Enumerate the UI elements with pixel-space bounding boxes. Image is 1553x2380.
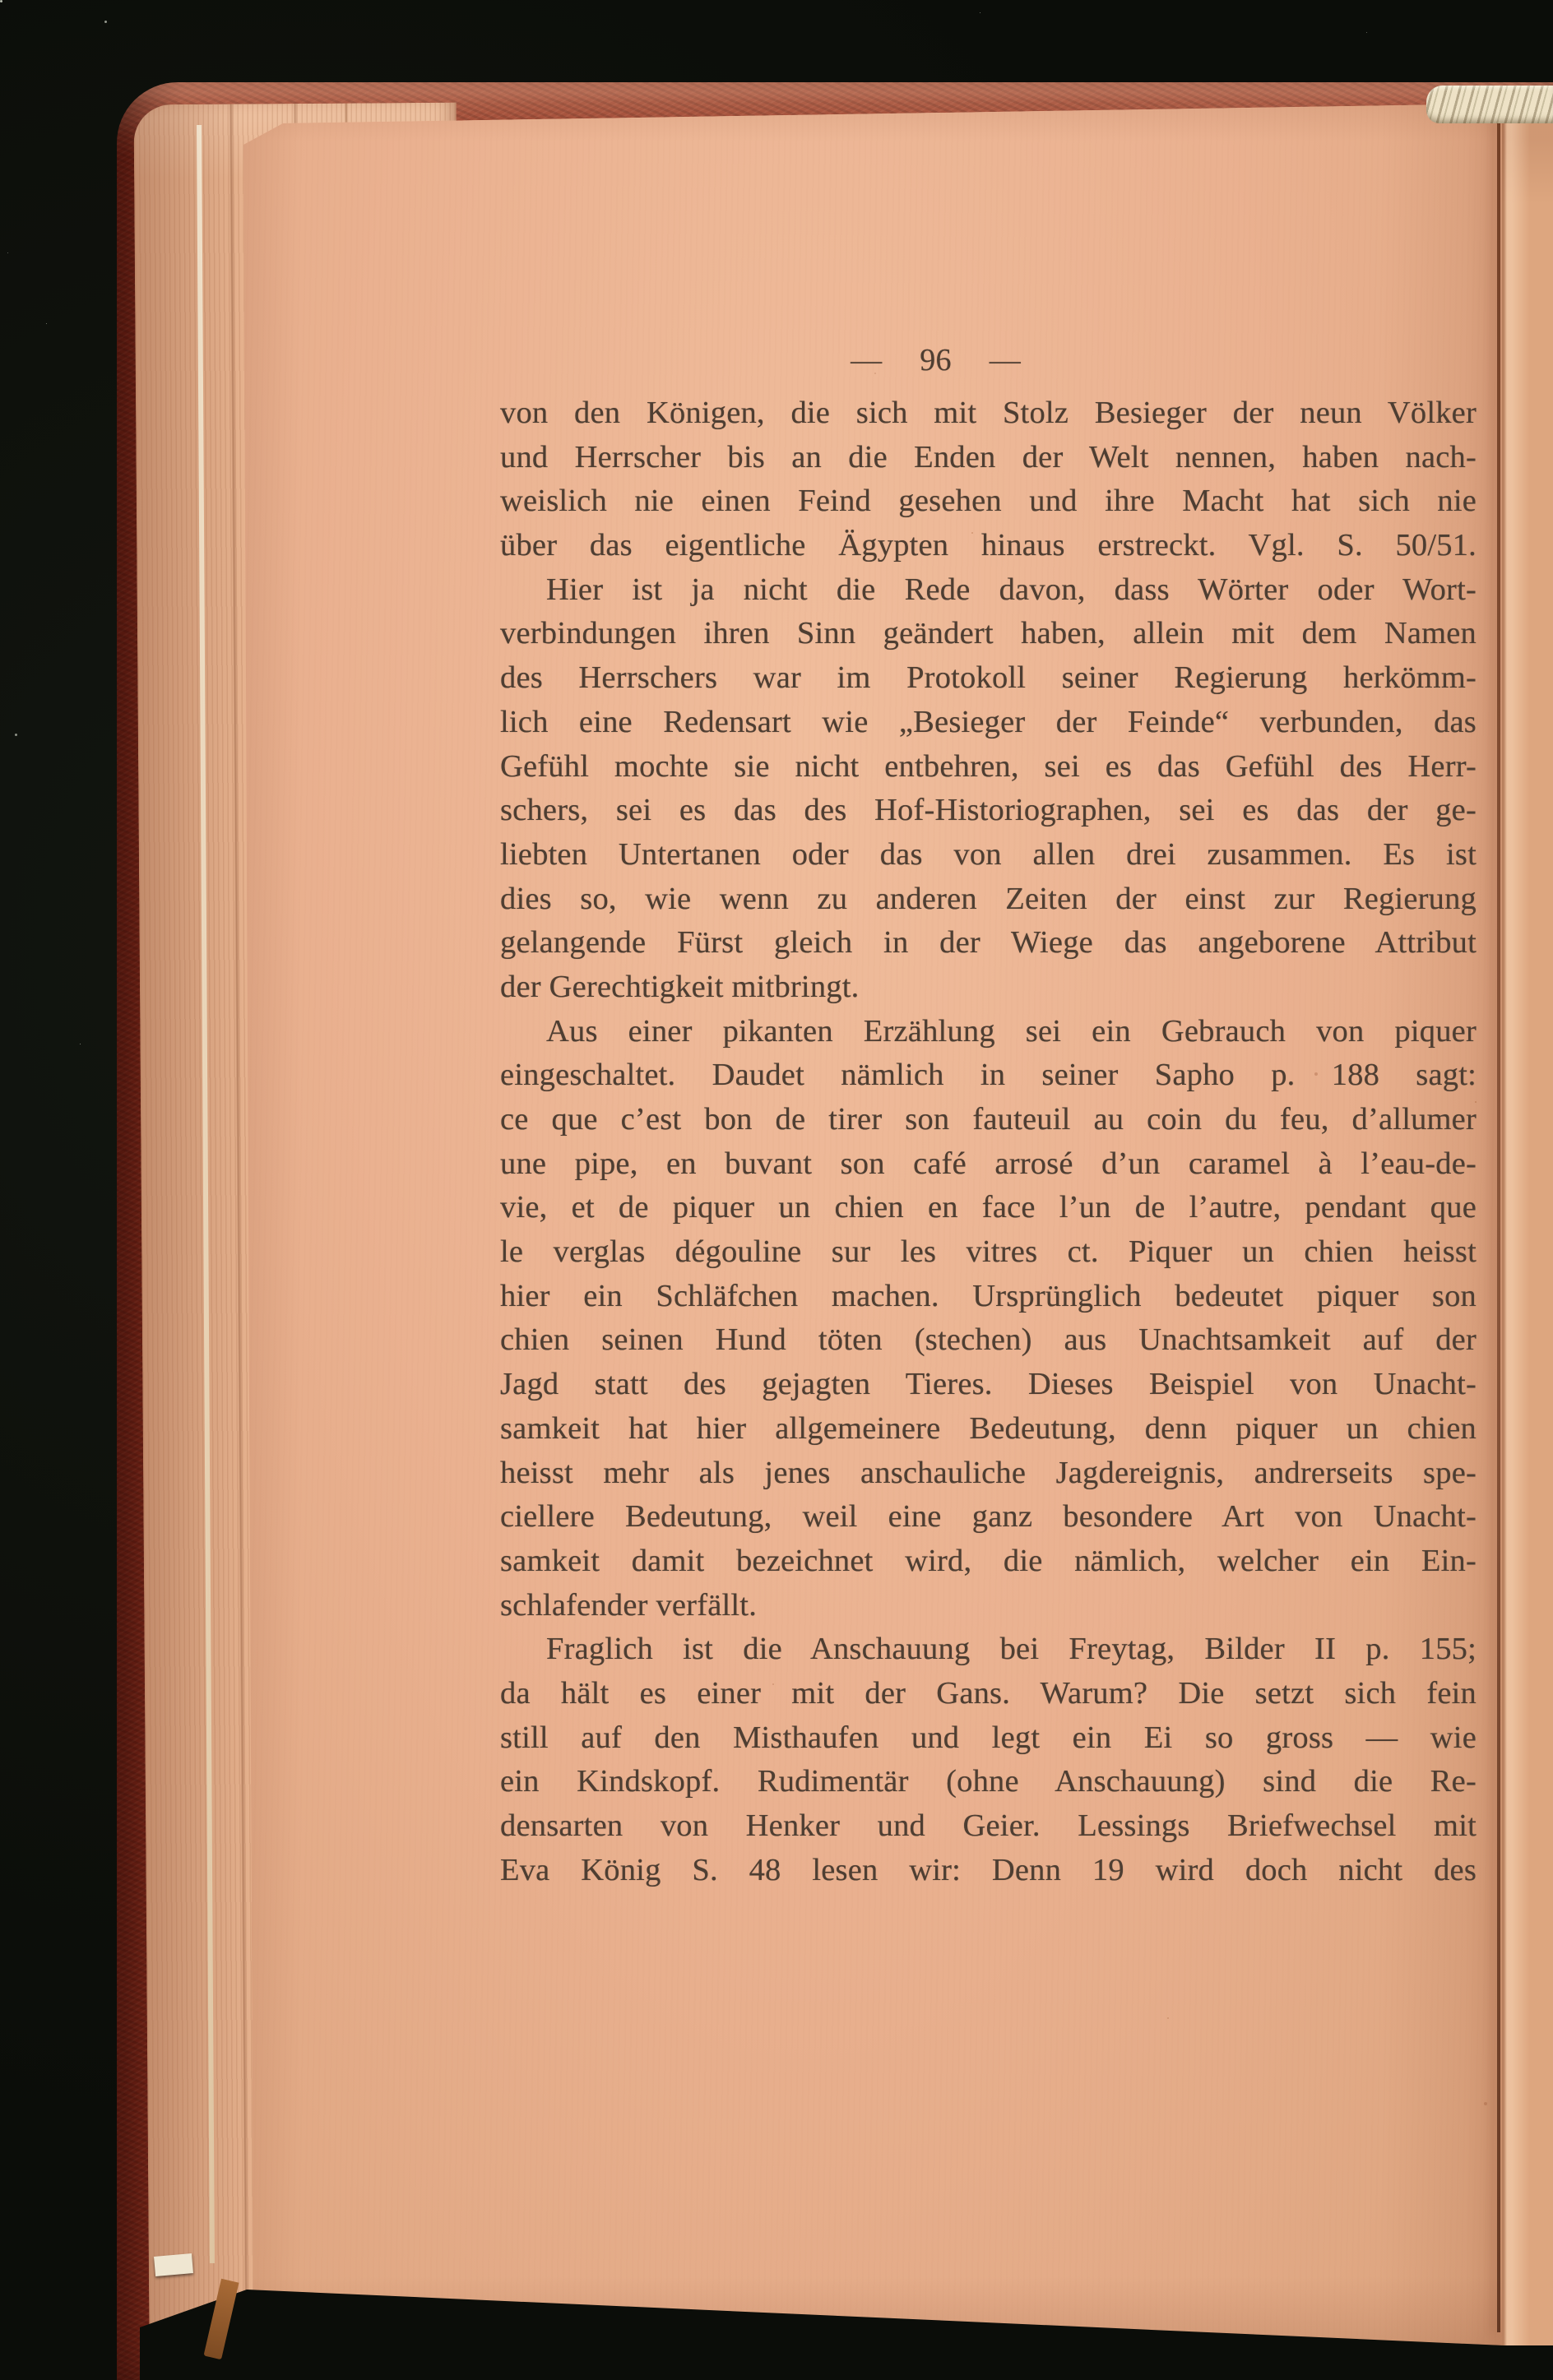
page-content: — 96 — von den Königen, die sich mit Sto… [500, 342, 1477, 1896]
text-line: heisst mehr als jenes anschauliche Jagde… [500, 1455, 1477, 1499]
page-number-line: — 96 — [447, 342, 1424, 395]
text-line: und Herrscher bis an die Enden der Welt … [500, 439, 1477, 484]
dust-specks [0, 0, 2, 2]
text-line: le verglas dégouline sur les vitres ct. … [500, 1234, 1477, 1278]
page-number-dash-right: — [990, 342, 1021, 378]
text-line: liebten Untertanen oder das von allen dr… [500, 836, 1477, 881]
facing-page-edge [1502, 105, 1553, 2347]
text-block: von den Königen, die sich mit Stolz Besi… [500, 395, 1477, 1896]
text-line: des Herrschers war im Protokoll seiner R… [500, 660, 1477, 704]
text-line: ein Kindskopf. Rudimentär (ohne Anschauu… [500, 1763, 1477, 1808]
page-number-dash-left: — [851, 342, 882, 378]
text-line: verbindungen ihren Sinn geändert haben, … [500, 615, 1477, 660]
text-line: gelangende Fürst gleich in der Wiege das… [500, 924, 1477, 969]
text-line: Aus einer pikanten Erzählung sei ein Geb… [500, 1013, 1477, 1058]
text-line: weislich nie einen Feind gesehen und ihr… [500, 483, 1477, 527]
text-line: hier ein Schläfchen machen. Ursprünglich… [500, 1278, 1477, 1322]
paper-tab [154, 2253, 193, 2276]
text-line: lich eine Redensart wie „Besieger der Fe… [500, 704, 1477, 748]
text-line: samkeit damit bezeichnet wird, die nämli… [500, 1543, 1477, 1587]
text-line: über das eigentliche Ägypten hinaus erst… [500, 527, 1477, 572]
text-line: ce que c’est bon de tirer son fauteuil a… [500, 1101, 1477, 1146]
text-line: samkeit hat hier allgemeinere Bedeutung,… [500, 1410, 1477, 1455]
text-line: schlafender verfällt. [500, 1587, 1477, 1632]
text-line: Eva König S. 48 lesen wir: Denn 19 wird … [500, 1852, 1477, 1896]
text-line: vie, et de piquer un chien en face l’un … [500, 1189, 1477, 1234]
text-line: dies so, wie wenn zu anderen Zeiten der … [500, 881, 1477, 925]
text-line: densarten von Henker und Geier. Lessings… [500, 1808, 1477, 1852]
page-number: 96 [920, 342, 951, 378]
text-line: still auf den Misthaufen und legt ein Ei… [500, 1720, 1477, 1764]
text-line: Jagd statt des gejagten Tieres. Dieses B… [500, 1366, 1477, 1410]
text-line: der Gerechtigkeit mitbringt. [500, 969, 1477, 1013]
text-line: eingeschaltet. Daudet nämlich in seiner … [500, 1057, 1477, 1101]
text-line: Fraglich ist die Anschauung bei Freytag,… [500, 1631, 1477, 1675]
text-line: ciellere Bedeutung, weil eine ganz beson… [500, 1498, 1477, 1543]
headband [1426, 86, 1553, 123]
text-line: Gefühl mochte sie nicht entbehren, sei e… [500, 748, 1477, 793]
text-line: schers, sei es das des Hof-Historiograph… [500, 792, 1477, 836]
text-line: da hält es einer mit der Gans. Warum? Di… [500, 1675, 1477, 1720]
text-line: chien seinen Hund töten (stechen) aus Un… [500, 1322, 1477, 1366]
text-line: Hier ist ja nicht die Rede davon, dass W… [500, 572, 1477, 616]
text-line: von den Königen, die sich mit Stolz Besi… [500, 395, 1477, 439]
text-line: une pipe, en buvant son café arrosé d’un… [500, 1146, 1477, 1190]
gutter-crease [1497, 120, 1500, 2332]
book-scan: — 96 — von den Königen, die sich mit Sto… [0, 0, 1553, 2380]
